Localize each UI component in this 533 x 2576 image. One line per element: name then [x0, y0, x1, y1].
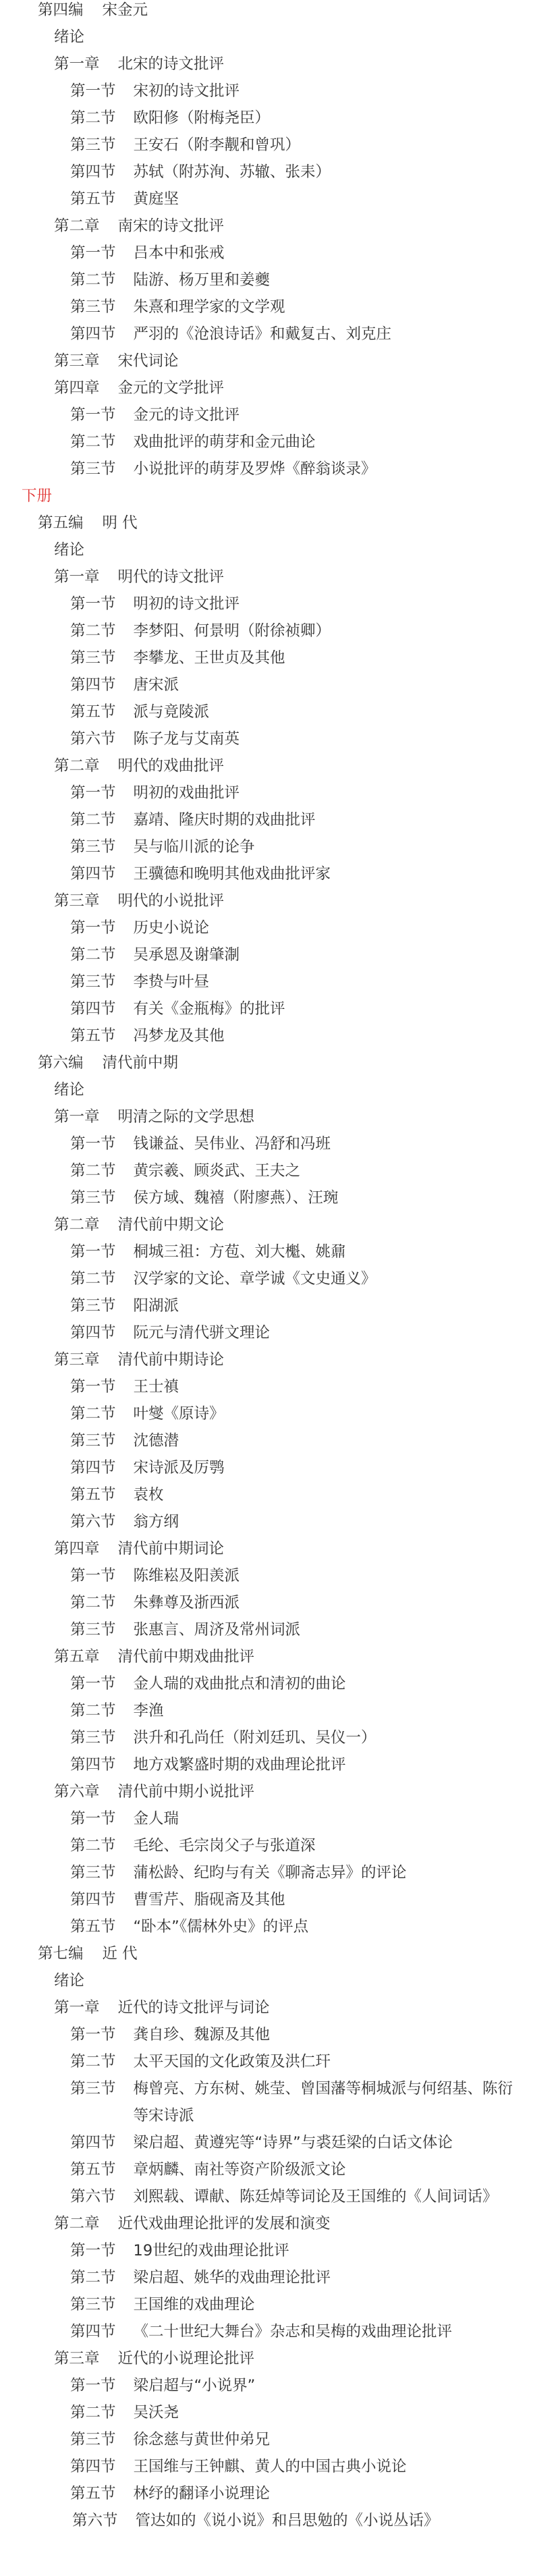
entry-title: 明代的小说批评 [118, 887, 225, 914]
entry-number: 第一节 [70, 2021, 116, 2048]
chapter-entry[interactable]: 第四章金元的文学批评 [0, 375, 533, 402]
entry-title: 近 代 [103, 1940, 138, 1967]
section-entry[interactable]: 第一节钱谦益、吴伟业、冯舒和冯班 [0, 1130, 533, 1157]
section-entry[interactable]: 第六节刘熙载、谭献、陈廷焯等词论及王国维的《人间词话》 [0, 2183, 533, 2210]
section-entry[interactable]: 第二节吴沃尧 [0, 2399, 533, 2426]
entry-title: 毛纶、毛宗岗父子与张道深 [134, 1832, 316, 1859]
entry-title: 桐城三祖：方苞、刘大櫆、姚鼐 [134, 1238, 346, 1265]
entry-title: 嘉靖、隆庆时期的戏曲批评 [134, 806, 316, 833]
entry-title: 梁启超、姚华的戏曲理论批评 [134, 2264, 331, 2291]
entry-number: 第二节 [70, 267, 116, 294]
entry-title: 梁启超与“小说界” [134, 2372, 256, 2399]
entry-number: 第三节 [70, 2426, 116, 2453]
entry-title: 派与竟陵派 [134, 698, 210, 725]
chapter-entry[interactable]: 第五章清代前中期戏曲批评 [0, 1643, 533, 1670]
entry-title: 吴承恩及谢肇淛 [134, 941, 240, 968]
entry-number: 第二章 [54, 1211, 100, 1238]
entry-title: 陈维崧及阳羡派 [134, 1562, 240, 1589]
entry-title: 李梦阳、何景明（附徐祯卿） [134, 618, 331, 645]
chapter-entry[interactable]: 第二章南宋的诗文批评 [0, 213, 533, 240]
entry-number: 第一节 [70, 2237, 116, 2264]
chapter-entry[interactable]: 第二章近代戏曲理论批评的发展和演变 [0, 2210, 533, 2237]
entry-number: 第三节 [70, 1427, 116, 1454]
entry-number: 第四节 [70, 1886, 116, 1913]
entry-number: 第一章 [54, 51, 100, 78]
section-entry[interactable]: 第一节历史小说论 [0, 914, 533, 941]
entry-number: 第四章 [54, 1535, 100, 1562]
section-entry[interactable]: 第五节“卧本”《儒林外史》的评点 [0, 1913, 533, 1940]
entry-number: 第一节 [70, 1562, 116, 1589]
section-entry[interactable]: 第二节汉学家的文论、章学诚《文史通义》 [0, 1265, 533, 1292]
entry-number: 第三节 [70, 1292, 116, 1319]
section-entry[interactable]: 第六节翁方纲 [0, 1508, 533, 1535]
chapter-entry[interactable]: 第一章明清之际的文学思想 [0, 1103, 533, 1130]
entry-number: 第二节 [70, 1157, 116, 1184]
entry-number: 第三节 [70, 2075, 116, 2102]
entry-number: 第五章 [54, 1643, 100, 1670]
entry-title: 李渔 [134, 1697, 164, 1724]
entry-number: 第三章 [54, 348, 100, 375]
entry-number: 第二节 [70, 2399, 116, 2426]
entry-title: 龚自珍、魏源及其他 [134, 2021, 271, 2048]
section-entry[interactable]: 第一节龚自珍、魏源及其他 [0, 2021, 533, 2048]
section-entry[interactable]: 第五节章炳麟、南社等资产阶级派文论 [0, 2156, 533, 2183]
entry-title: 明代的戏曲批评 [118, 752, 225, 779]
entry-title: 洪升和孔尚任（附刘廷玑、吴仪一） [134, 1724, 376, 1751]
entry-title: 管达如的《说小说》和吕思勉的《小说丛话》 [136, 2507, 439, 2534]
entry-title: 朱彝尊及浙西派 [134, 1589, 240, 1616]
entry-number: 第五节 [70, 1913, 116, 1940]
section-entry[interactable]: 第三节王安石（附李觏和曾巩） [0, 132, 533, 159]
entry-number: 第二节 [70, 1400, 116, 1427]
entry-number: 第二节 [70, 2048, 116, 2075]
entry-title: 宋初的诗文批评 [134, 78, 240, 105]
section-entry[interactable]: 第一节明初的诗文批评 [0, 591, 533, 618]
section-entry[interactable]: 第三节侯方域、魏禧（附廖燕）、汪琬 [0, 1184, 533, 1211]
section-entry[interactable]: 第三节梅曾亮、方东树、姚莹、曾国藩等桐城派与何绍基、陈衍等宋诗派 [0, 2075, 533, 2129]
section-entry[interactable]: 第二节朱彝尊及浙西派 [0, 1589, 533, 1616]
entry-title: 太平天国的文化政策及洪仁玕 [134, 2048, 331, 2075]
entry-number: 第四节 [70, 995, 116, 1022]
entry-number: 第五节 [70, 2480, 116, 2507]
entry-number: 第二节 [70, 1697, 116, 1724]
section-entry[interactable]: 第二节黄宗羲、顾炎武、王夫之 [0, 1157, 533, 1184]
entry-title: 历史小说论 [134, 914, 210, 941]
entry-number: 第四节 [70, 1751, 116, 1778]
entry-number: 第四编 [38, 0, 84, 24]
entry-number: 第一节 [70, 402, 116, 429]
intro-entry[interactable]: 绪论 [0, 24, 533, 51]
entry-title: 明初的诗文批评 [134, 591, 240, 618]
section-entry[interactable]: 第四节地方戏繁盛时期的戏曲理论批评 [0, 1751, 533, 1778]
entry-number: 绪论 [54, 24, 84, 51]
entry-title: 林纾的翻译小说理论 [134, 2480, 271, 2507]
entry-title: 吴与临川派的论争 [134, 833, 255, 860]
section-entry[interactable]: 第三节洪升和孔尚任（附刘廷玑、吴仪一） [0, 1724, 533, 1751]
entry-number: 第二章 [54, 213, 100, 240]
entry-number: 第六编 [38, 1049, 84, 1076]
entry-title: 近代的小说理论批评 [118, 2345, 255, 2372]
chapter-entry[interactable]: 第三章清代前中期诗论 [0, 1346, 533, 1373]
entry-title: 王士禛 [134, 1373, 179, 1400]
section-entry[interactable]: 第四节王骥德和晚明其他戏曲批评家 [0, 860, 533, 887]
entry-number: 第四节 [70, 2129, 116, 2156]
entry-number: 第二节 [70, 1265, 116, 1292]
entry-number: 第五节 [70, 2156, 116, 2183]
entry-title: 严羽的《沧浪诗话》和戴复古、刘克庄 [134, 321, 392, 348]
entry-title: 黄宗羲、顾炎武、王夫之 [134, 1157, 301, 1184]
entry-number: 第三节 [70, 968, 116, 995]
entry-number: 第六节 [70, 2183, 116, 2210]
entry-title: 张惠言、周济及常州词派 [134, 1616, 301, 1643]
entry-title: 刘熙载、谭献、陈廷焯等词论及王国维的《人间词话》 [134, 2183, 498, 2210]
section-entry[interactable]: 第二节李梦阳、何景明（附徐祯卿） [0, 618, 533, 645]
entry-number: 第二节 [70, 2264, 116, 2291]
chapter-entry[interactable]: 第三章明代的小说批评 [0, 887, 533, 914]
section-entry[interactable]: 第一节19世纪的戏曲理论批评 [0, 2237, 533, 2264]
section-entry[interactable]: 第二节陆游、杨万里和姜夔 [0, 267, 533, 294]
entry-number: 下册 [22, 483, 52, 510]
section-entry[interactable]: 第四节梁启超、黄遵宪等“诗界”与裘廷梁的白话文体论 [0, 2129, 533, 2156]
entry-title: 侯方域、魏禧（附廖燕）、汪琬 [134, 1184, 339, 1211]
entry-number: 第五节 [70, 1022, 116, 1049]
entry-number: 第二章 [54, 2210, 100, 2237]
entry-title: 苏轼（附苏洵、苏辙、张耒） [134, 159, 331, 186]
entry-number: 第四节 [70, 321, 116, 348]
entry-number: 第三节 [70, 1616, 116, 1643]
section-entry[interactable]: 第三节蒲松龄、纪昀与有关《聊斋志异》的评论 [0, 1859, 533, 1886]
chapter-entry[interactable]: 第二章清代前中期文论 [0, 1211, 533, 1238]
entry-number: 第一节 [70, 2372, 116, 2399]
chapter-entry[interactable]: 第三章近代的小说理论批评 [0, 2345, 533, 2372]
entry-number: 第四节 [70, 1454, 116, 1481]
entry-number: 第六节 [72, 2507, 118, 2534]
entry-title: 北宋的诗文批评 [118, 51, 225, 78]
section-entry[interactable]: 第三节王国维的戏曲理论 [0, 2291, 533, 2318]
entry-title: 陈子龙与艾南英 [134, 725, 240, 752]
chapter-entry[interactable]: 第一章明代的诗文批评 [0, 564, 533, 591]
entry-title: 吴沃尧 [134, 2399, 179, 2426]
entry-title: 蒲松龄、纪昀与有关《聊斋志异》的评论 [134, 1859, 407, 1886]
section-entry[interactable]: 第四节宋诗派及厉鹗 [0, 1454, 533, 1481]
entry-number: 第六节 [70, 725, 116, 752]
entry-number: 绪论 [54, 1076, 84, 1103]
section-entry[interactable]: 第二节嘉靖、隆庆时期的戏曲批评 [0, 806, 533, 833]
entry-number: 第三节 [70, 833, 116, 860]
entry-number: 第一节 [70, 1805, 116, 1832]
part-heading[interactable]: 第五编明 代 [0, 510, 533, 537]
section-entry[interactable]: 第二节太平天国的文化政策及洪仁玕 [0, 2048, 533, 2075]
entry-number: 第六章 [54, 1778, 100, 1805]
entry-number: 绪论 [54, 537, 84, 564]
chapter-entry[interactable]: 第三章宋代词论 [0, 348, 533, 375]
entry-title: 清代前中期戏曲批评 [118, 1643, 255, 1670]
entry-title: 沈德潜 [134, 1427, 179, 1454]
entry-number: 第一节 [70, 78, 116, 105]
entry-title: 地方戏繁盛时期的戏曲理论批评 [134, 1751, 346, 1778]
section-entry[interactable]: 第一节明初的戏曲批评 [0, 779, 533, 806]
section-entry[interactable]: 第一节金元的诗文批评 [0, 402, 533, 429]
entry-title: 叶燮《原诗》 [134, 1400, 225, 1427]
volume-heading[interactable]: 下册 [0, 483, 533, 510]
section-entry[interactable]: 第一节宋初的诗文批评 [0, 78, 533, 105]
entry-number: 第三节 [70, 1184, 116, 1211]
section-entry[interactable]: 第三节小说批评的萌芽及罗烨《醉翁谈录》 [0, 456, 533, 483]
entry-number: 第二节 [70, 105, 116, 132]
entry-title: 李贽与叶昼 [134, 968, 210, 995]
section-entry[interactable]: 第五节黄庭坚 [0, 186, 533, 213]
entry-number: 第一节 [70, 1130, 116, 1157]
section-entry[interactable]: 第一节陈维崧及阳羡派 [0, 1562, 533, 1589]
section-entry[interactable]: 第四节唐宋派 [0, 672, 533, 698]
section-entry[interactable]: 第二节毛纶、毛宗岗父子与张道深 [0, 1832, 533, 1859]
entry-title: 袁枚 [134, 1481, 164, 1508]
entry-title: 曹雪芹、脂砚斋及其他 [134, 1886, 285, 1913]
entry-title: 有关《金瓶梅》的批评 [134, 995, 285, 1022]
entry-title: 明 代 [103, 510, 138, 537]
section-entry[interactable]: 第二节叶燮《原诗》 [0, 1400, 533, 1427]
table-of-contents: 第四编宋金元绪论第一章北宋的诗文批评第一节宋初的诗文批评第二节欧阳修（附梅尧臣）… [0, 0, 533, 2534]
part-heading[interactable]: 第六编清代前中期 [0, 1049, 533, 1076]
entry-number: 第二节 [70, 1832, 116, 1859]
part-heading[interactable]: 第四编宋金元 [0, 0, 533, 24]
chapter-entry[interactable]: 第一章北宋的诗文批评 [0, 51, 533, 78]
section-entry[interactable]: 第二节吴承恩及谢肇淛 [0, 941, 533, 968]
section-entry[interactable]: 第二节梁启超、姚华的戏曲理论批评 [0, 2264, 533, 2291]
section-entry[interactable]: 第一节金人瑞的戏曲批点和清初的曲论 [0, 1670, 533, 1697]
section-entry[interactable]: 第四节曹雪芹、脂砚斋及其他 [0, 1886, 533, 1913]
section-entry[interactable]: 第一节桐城三祖：方苞、刘大櫆、姚鼐 [0, 1238, 533, 1265]
intro-entry[interactable]: 绪论 [0, 537, 533, 564]
chapter-entry[interactable]: 第六章清代前中期小说批评 [0, 1778, 533, 1805]
entry-title: 清代前中期诗论 [118, 1346, 225, 1373]
section-entry[interactable]: 第五节派与竟陵派 [0, 698, 533, 725]
entry-number: 第二节 [70, 1589, 116, 1616]
entry-number: 第一章 [54, 1103, 100, 1130]
intro-entry[interactable]: 绪论 [0, 1967, 533, 1994]
section-entry[interactable]: 第五节冯梦龙及其他 [0, 1022, 533, 1049]
section-entry[interactable]: 第一节吕本中和张戒 [0, 240, 533, 267]
entry-number: 第一节 [70, 779, 116, 806]
section-entry[interactable]: 第四节苏轼（附苏洵、苏辙、张耒） [0, 159, 533, 186]
section-entry[interactable]: 第六节陈子龙与艾南英 [0, 725, 533, 752]
entry-number: 第一节 [70, 1670, 116, 1697]
entry-title: 李攀龙、王世贞及其他 [134, 645, 285, 672]
entry-title: 明初的戏曲批评 [134, 779, 240, 806]
entry-number: 第三节 [70, 645, 116, 672]
entry-number: 第四节 [70, 1319, 116, 1346]
entry-title: 汉学家的文论、章学诚《文史通义》 [134, 1265, 376, 1292]
section-entry[interactable]: 第三节吴与临川派的论争 [0, 833, 533, 860]
entry-number: 第三节 [70, 294, 116, 321]
entry-title: 近代戏曲理论批评的发展和演变 [118, 2210, 331, 2237]
section-entry[interactable]: 第四节《二十世纪大舞台》杂志和吴梅的戏曲理论批评 [0, 2318, 533, 2345]
entry-title: 宋代词论 [118, 348, 179, 375]
entry-title: 明清之际的文学思想 [118, 1103, 255, 1130]
entry-number: 第一章 [54, 1994, 100, 2021]
entry-title: 宋诗派及厉鹗 [134, 1454, 225, 1481]
entry-number: 第一节 [70, 1238, 116, 1265]
entry-number: 第三章 [54, 1346, 100, 1373]
entry-title: 金元的诗文批评 [134, 402, 240, 429]
section-entry[interactable]: 第二节李渔 [0, 1697, 533, 1724]
entry-title: 冯梦龙及其他 [134, 1022, 225, 1049]
entry-title: 王国维与王钟麒、黄人的中国古典小说论 [134, 2453, 407, 2480]
intro-entry[interactable]: 绪论 [0, 1076, 533, 1103]
entry-number: 第二章 [54, 752, 100, 779]
entry-title: 金元的文学批评 [118, 375, 225, 402]
section-entry[interactable]: 第三节李攀龙、王世贞及其他 [0, 645, 533, 672]
section-entry[interactable]: 第二节欧阳修（附梅尧臣） [0, 105, 533, 132]
entry-number: 第四章 [54, 375, 100, 402]
entry-title: 宋金元 [103, 0, 148, 24]
entry-number: 第三节 [70, 456, 116, 483]
section-entry[interactable]: 第五节袁枚 [0, 1481, 533, 1508]
section-entry[interactable]: 第三节徐念慈与黄世仲弟兄 [0, 2426, 533, 2453]
entry-number: 绪论 [54, 1967, 84, 1994]
entry-title: 陆游、杨万里和姜夔 [134, 267, 271, 294]
entry-title: 阮元与清代骈文理论 [134, 1319, 271, 1346]
entry-number: 第三章 [54, 887, 100, 914]
entry-title: 近代的诗文批评与词论 [118, 1994, 270, 2021]
section-entry[interactable]: 第三节沈德潜 [0, 1427, 533, 1454]
entry-title: 阳湖派 [134, 1292, 179, 1319]
chapter-entry[interactable]: 第二章明代的戏曲批评 [0, 752, 533, 779]
entry-title: 明代的诗文批评 [118, 564, 225, 591]
section-entry[interactable]: 第五节林纾的翻译小说理论 [0, 2480, 533, 2507]
entry-number: 第四节 [70, 860, 116, 887]
entry-title: 金人瑞的戏曲批点和清初的曲论 [134, 1670, 346, 1697]
entry-number: 第四节 [70, 672, 116, 698]
entry-number: 第五编 [38, 510, 84, 537]
section-entry[interactable]: 第三节张惠言、周济及常州词派 [0, 1616, 533, 1643]
entry-number: 第二节 [70, 806, 116, 833]
entry-number: 第一节 [70, 914, 116, 941]
entry-title: 《二十世纪大舞台》杂志和吴梅的戏曲理论批评 [134, 2318, 453, 2345]
section-entry[interactable]: 第四节严羽的《沧浪诗话》和戴复古、刘克庄 [0, 321, 533, 348]
entry-number: 第一节 [70, 591, 116, 618]
entry-title: 朱熹和理学家的文学观 [134, 294, 285, 321]
entry-title: 清代前中期小说批评 [118, 1778, 255, 1805]
entry-title: 欧阳修（附梅尧臣） [134, 105, 271, 132]
section-entry[interactable]: 第四节王国维与王钟麒、黄人的中国古典小说论 [0, 2453, 533, 2480]
entry-number: 第四节 [70, 159, 116, 186]
entry-title: 19世纪的戏曲理论批评 [134, 2237, 289, 2264]
entry-title: 黄庭坚 [134, 186, 179, 213]
section-entry[interactable]: 第四节阮元与清代骈文理论 [0, 1319, 533, 1346]
entry-number: 第六节 [70, 1508, 116, 1535]
entry-title: 清代前中期文论 [118, 1211, 225, 1238]
entry-number: 第一节 [70, 240, 116, 267]
entry-number: 第五节 [70, 186, 116, 213]
section-entry[interactable]: 第二节戏曲批评的萌芽和金元曲论 [0, 429, 533, 456]
entry-number: 第四节 [70, 2318, 116, 2345]
part-heading[interactable]: 第七编近 代 [0, 1940, 533, 1967]
entry-number: 第五节 [70, 698, 116, 725]
entry-number: 第三节 [70, 1724, 116, 1751]
entry-number: 第二节 [70, 429, 116, 456]
section-entry[interactable]: 第三节阳湖派 [0, 1292, 533, 1319]
entry-title: 金人瑞 [134, 1805, 179, 1832]
section-entry[interactable]: 第四节有关《金瓶梅》的批评 [0, 995, 533, 1022]
entry-title: 徐念慈与黄世仲弟兄 [134, 2426, 271, 2453]
entry-title: 王骥德和晚明其他戏曲批评家 [134, 860, 331, 887]
entry-title: 王国维的戏曲理论 [134, 2291, 255, 2318]
entry-title: “卧本”《儒林外史》的评点 [134, 1913, 309, 1940]
entry-number: 第三节 [70, 132, 116, 159]
entry-title: 唐宋派 [134, 672, 179, 698]
section-entry[interactable]: 第六节管达如的《说小说》和吕思勉的《小说丛话》 [0, 2507, 533, 2534]
entry-title: 梅曾亮、方东树、姚莹、曾国藩等桐城派与何绍基、陈衍等宋诗派 [134, 2075, 515, 2129]
entry-title: 清代前中期 [103, 1049, 179, 1076]
entry-number: 第四节 [70, 2453, 116, 2480]
entry-number: 第三节 [70, 2291, 116, 2318]
entry-title: 南宋的诗文批评 [118, 213, 225, 240]
entry-title: 王安石（附李觏和曾巩） [134, 132, 301, 159]
entry-number: 第一节 [70, 1373, 116, 1400]
entry-title: 小说批评的萌芽及罗烨《醉翁谈录》 [134, 456, 376, 483]
section-entry[interactable]: 第一节梁启超与“小说界” [0, 2372, 533, 2399]
chapter-entry[interactable]: 第四章清代前中期词论 [0, 1535, 533, 1562]
entry-title: 戏曲批评的萌芽和金元曲论 [134, 429, 316, 456]
entry-title: 清代前中期词论 [118, 1535, 225, 1562]
entry-number: 第三节 [70, 1859, 116, 1886]
entry-number: 第三章 [54, 2345, 100, 2372]
section-entry[interactable]: 第一节金人瑞 [0, 1805, 533, 1832]
entry-number: 第五节 [70, 1481, 116, 1508]
entry-number: 第二节 [70, 941, 116, 968]
entry-number: 第七编 [38, 1940, 84, 1967]
entry-number: 第二节 [70, 618, 116, 645]
section-entry[interactable]: 第三节朱熹和理学家的文学观 [0, 294, 533, 321]
chapter-entry[interactable]: 第一章近代的诗文批评与词论 [0, 1994, 533, 2021]
entry-title: 章炳麟、南社等资产阶级派文论 [134, 2156, 346, 2183]
entry-title: 吕本中和张戒 [134, 240, 225, 267]
section-entry[interactable]: 第一节王士禛 [0, 1373, 533, 1400]
entry-title: 翁方纲 [134, 1508, 179, 1535]
entry-title: 梁启超、黄遵宪等“诗界”与裘廷梁的白话文体论 [134, 2129, 453, 2156]
entry-title: 钱谦益、吴伟业、冯舒和冯班 [134, 1130, 331, 1157]
entry-number: 第一章 [54, 564, 100, 591]
section-entry[interactable]: 第三节李贽与叶昼 [0, 968, 533, 995]
